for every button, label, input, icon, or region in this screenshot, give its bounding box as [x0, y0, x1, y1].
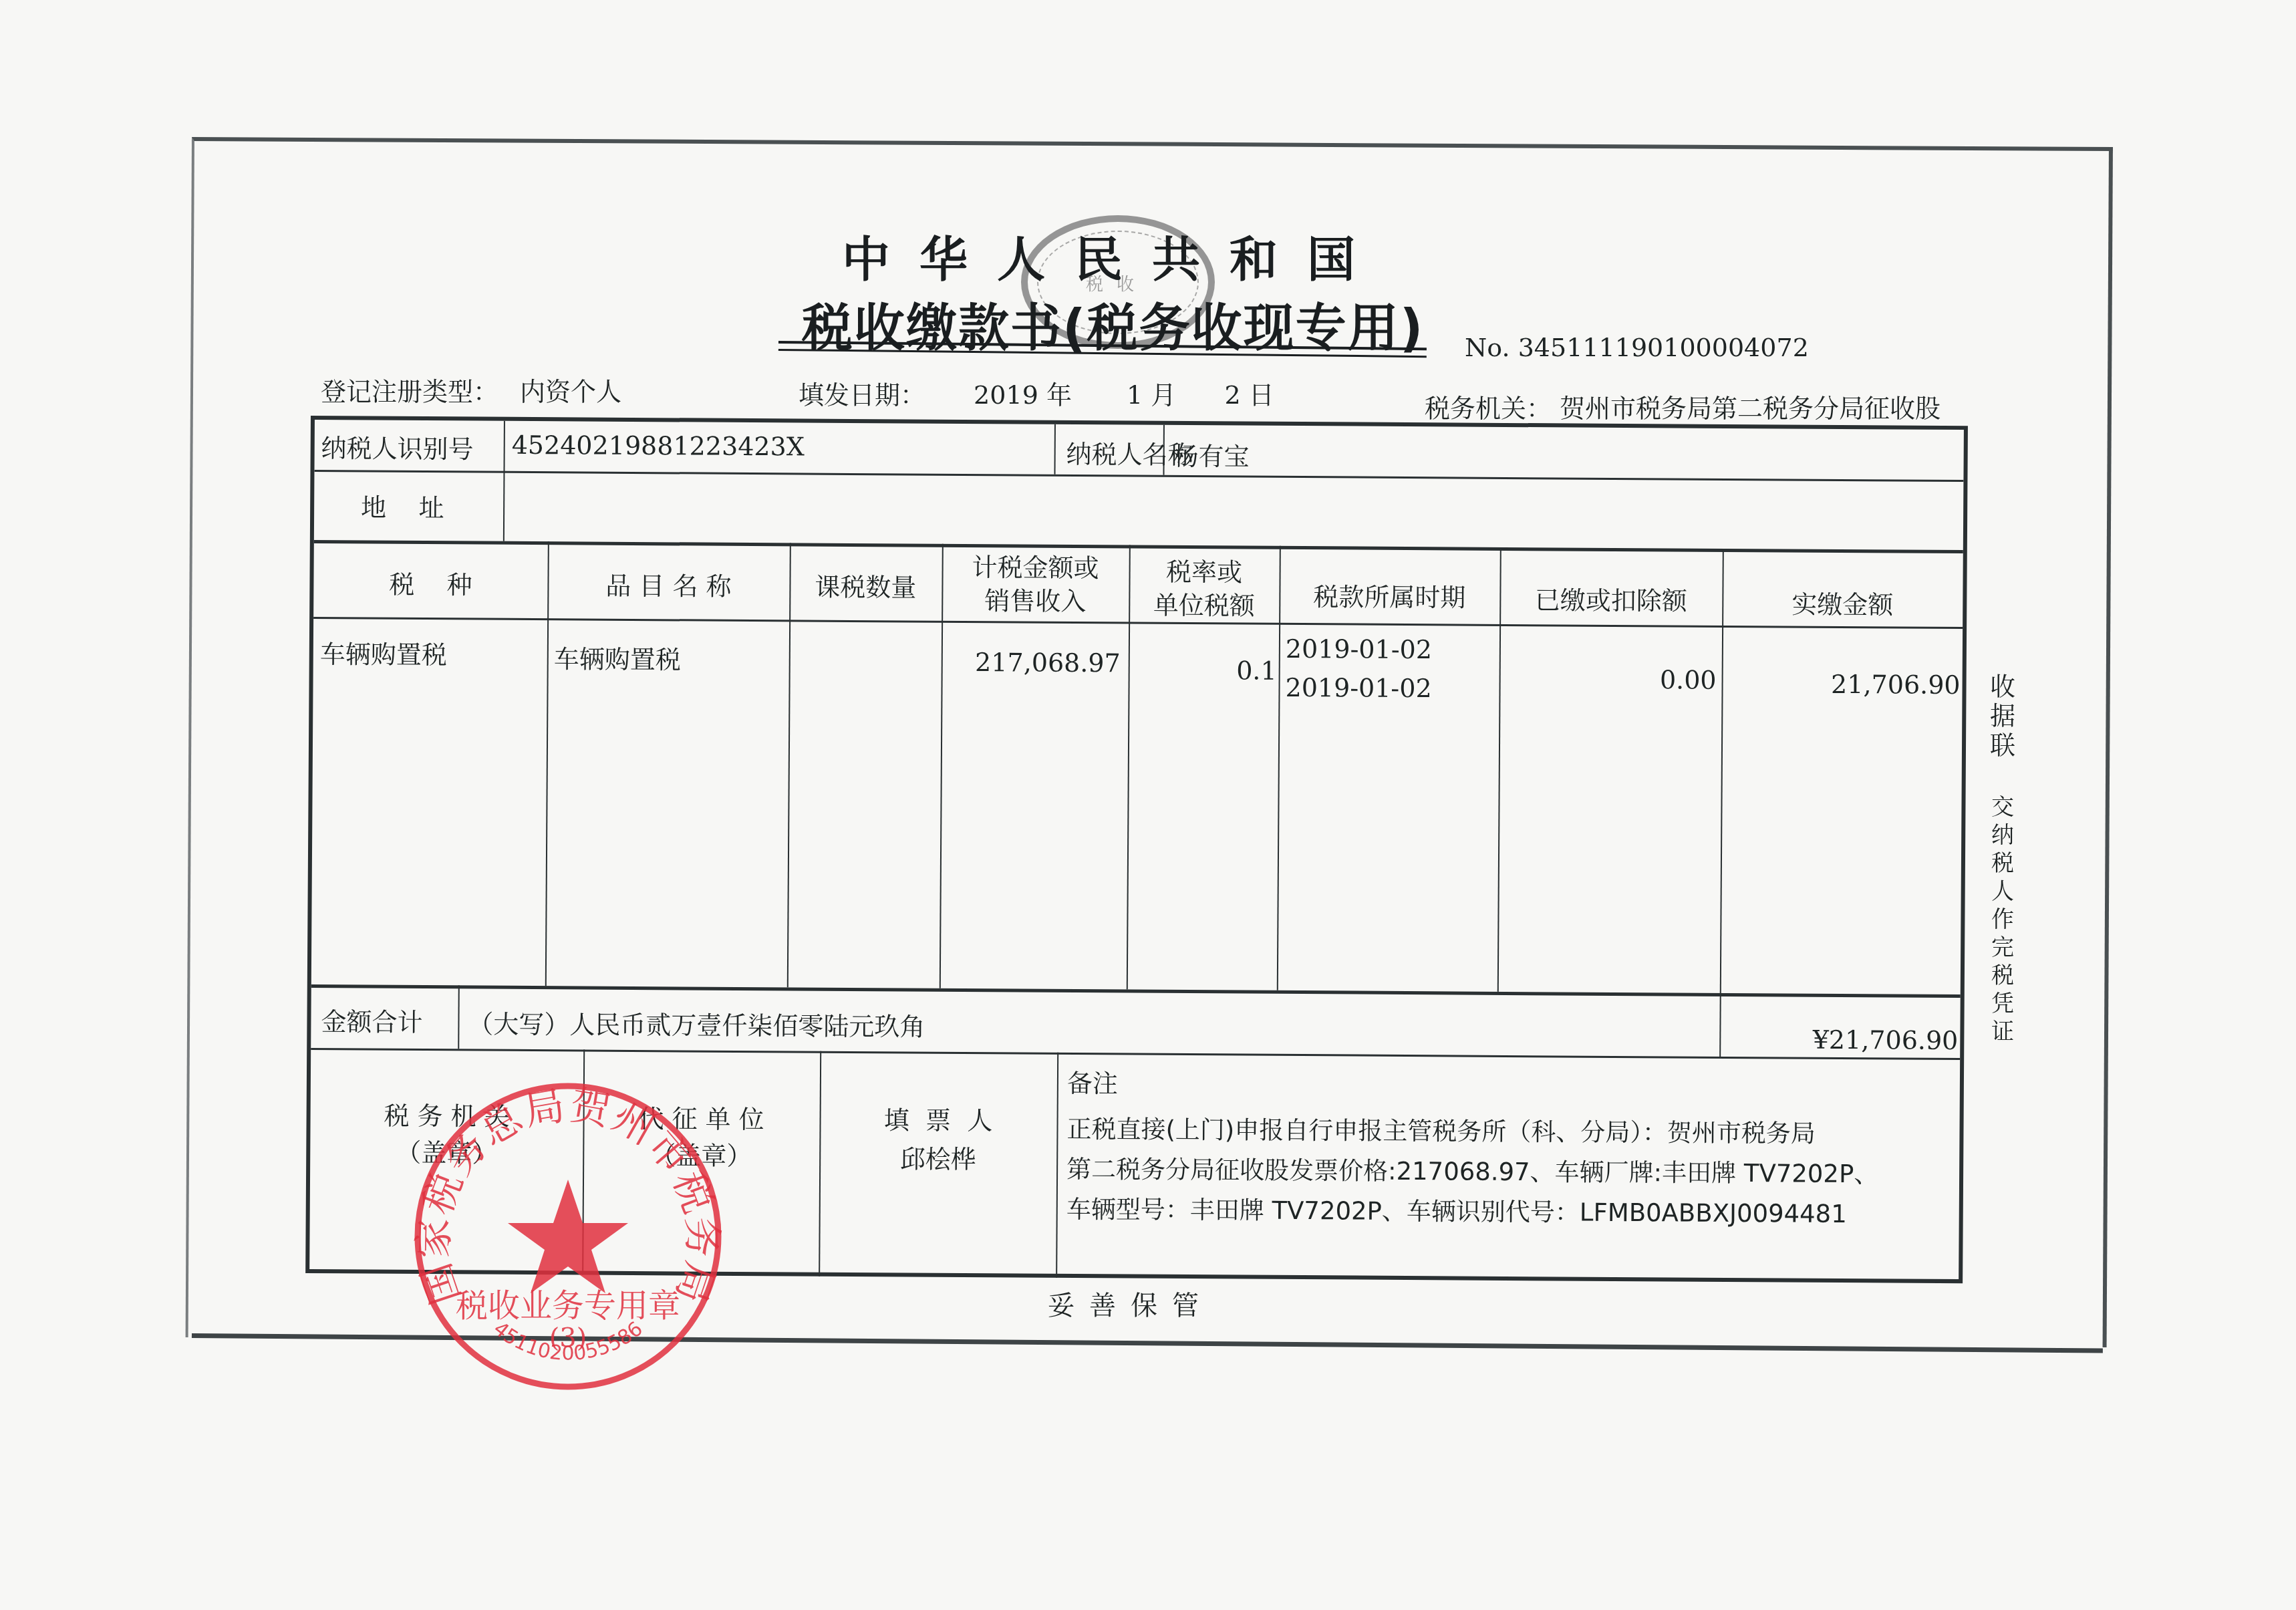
header-rate: 税率或 单位税额 [1129, 555, 1280, 622]
issue-month: 1 [1127, 380, 1143, 410]
header-quantity: 课税数量 [789, 566, 942, 603]
total-amount: ¥21,706.90 [1719, 1025, 1958, 1055]
taxpayer-id-value: 45240219881223423X [512, 430, 805, 462]
day-unit: 日 [1249, 380, 1274, 410]
row-tax-type: 车辆购置税 [320, 634, 447, 671]
stamp-inner-text: 税收业务专用章 [456, 1287, 680, 1325]
header-actual-paid: 实缴金额 [1722, 583, 1963, 622]
registration-type: 登记注册类型： 内资个人 [321, 371, 621, 408]
registration-type-value: 内资个人 [520, 377, 621, 406]
row-rate: 0.1 [1129, 655, 1277, 685]
registration-type-label: 登记注册类型： [321, 377, 498, 406]
tax-authority-label: 税务机关： [1425, 394, 1552, 423]
stamp-star-icon [508, 1180, 628, 1293]
month-unit: 月 [1151, 380, 1176, 410]
copy-purpose: 交纳税人作完税凭证 [1986, 793, 2019, 1046]
total-in-words: （大写）人民币贰万壹仟柒佰零陆元玖角 [468, 1003, 925, 1043]
sig-filler-name: 邱桧桦 [819, 1138, 1056, 1176]
taxpayer-id-label: 纳税人识别号 [321, 428, 474, 465]
row-divider [311, 984, 1961, 998]
row-divider [314, 470, 1963, 482]
remarks-label: 备注 [1067, 1063, 1118, 1099]
copy-designation: 收据联 交纳税人作完税凭证 [1986, 672, 2019, 1046]
header-period: 税款所属时期 [1279, 576, 1499, 614]
issue-date: 填发日期： 2019 年 1 月 2 日 [799, 374, 1274, 411]
row-divider [311, 1048, 1960, 1060]
row-period-end: 2019-01-02 [1285, 673, 1431, 703]
header-paid-deducted: 已缴或扣除额 [1499, 579, 1722, 618]
serial-value: 345111190100004072 [1518, 333, 1809, 362]
issue-date-label: 填发日期： [799, 380, 925, 410]
total-label: 金额合计 [321, 1001, 422, 1039]
row-period-start: 2019-01-02 [1286, 634, 1432, 664]
row-actual-paid: 21,706.90 [1721, 669, 1960, 700]
copy-name: 收据联 [1986, 672, 2019, 760]
header-taxable-amount: 计税金额或 销售收入 [942, 551, 1129, 619]
header-item-name: 品 目 名 称 [547, 565, 789, 603]
serial-label: No. [1465, 333, 1510, 362]
taxpayer-name-value: 杨有宝 [1173, 436, 1250, 473]
row-taxable-amount: 217,068.97 [942, 648, 1121, 678]
header-tax-type: 税 种 [313, 563, 547, 601]
address-label: 地 址 [361, 487, 444, 524]
document-title-country: 中华人民共和国 [842, 221, 1385, 290]
sig-filler-label: 填 票 人 [819, 1099, 1056, 1137]
issue-day: 2 [1224, 380, 1240, 410]
keep-safely-note: 妥善保管 [1048, 1285, 1213, 1323]
official-tax-stamp: 国家税务总局贺州市税务局 税收业务专用章 (3) 4511020055586 [408, 1079, 728, 1393]
issue-year: 2019 [974, 380, 1038, 410]
row-paid-deducted: 0.00 [1499, 664, 1716, 695]
serial-number: No. 345111190100004072 [1465, 333, 1809, 362]
row-divider [314, 540, 1963, 553]
tax-authority-value: 贺州市税务局第二税务分局征收股 [1560, 394, 1941, 423]
year-unit: 年 [1046, 380, 1072, 410]
tax-authority: 税务机关： 贺州市税务局第二税务分局征收股 [1425, 388, 1941, 424]
row-item-name: 车辆购置税 [554, 638, 681, 676]
remarks-text: 正税直接(上门)申报自行申报主管税务所（科、分局）：贺州市税务局 第二税务分局征… [1066, 1109, 1879, 1234]
